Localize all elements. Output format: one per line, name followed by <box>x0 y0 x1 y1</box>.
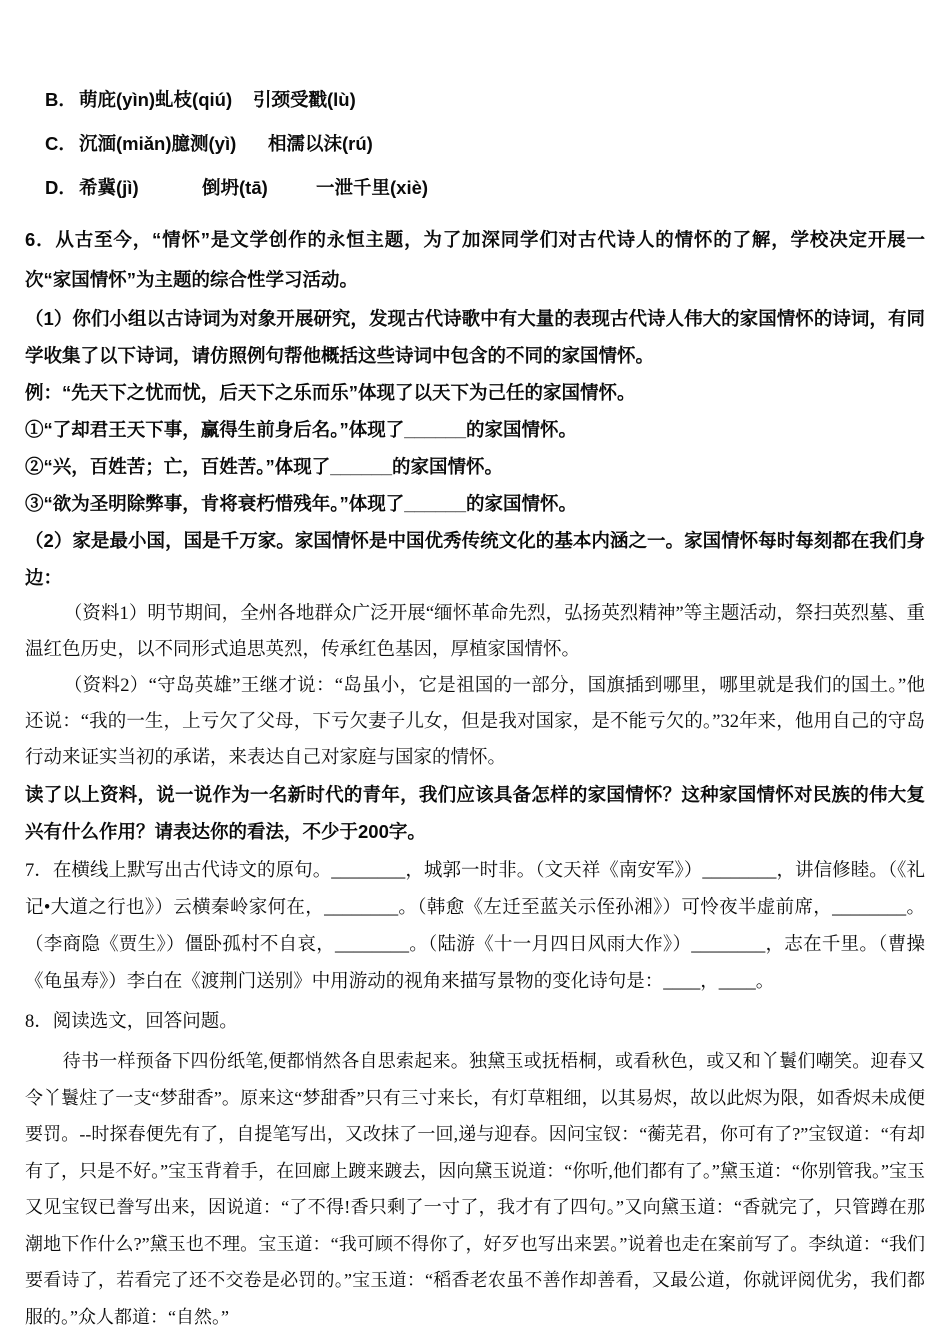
option-item: 沉湎(miǎn)臆测(yì) <box>79 132 268 156</box>
option-item: 萌庇(yìn)虬枝(qiú) <box>79 88 253 112</box>
question-6-example: 例：“先天下之忧而忧，后天下之乐而乐”体现了以天下为己任的家国情怀。 <box>25 374 925 411</box>
question-6-part2: （2）家是最小国，国是千万家。家国情怀是中国优秀传统文化的基本内涵之一。家国情怀… <box>25 522 925 596</box>
question-8-intro: 8．阅读选文，回答问题。 <box>25 1004 925 1041</box>
option-d-label: D． <box>45 176 79 200</box>
exam-page: B． 萌庇(yìn)虬枝(qiú) 引颈受戳(lù) C． 沉湎(miǎn)臆测… <box>0 0 950 1344</box>
option-c-label: C． <box>45 132 79 156</box>
option-d: D． 希冀(jì) 倒坍(tā) 一泄千里(xiè) <box>45 176 925 200</box>
question-6-material-2: （资料2）“守岛英雄”王继才说：“岛虽小，它是祖国的一部分，国旗插到哪里，哪里就… <box>25 668 925 776</box>
question-6-item-1: ①“了却君王天下事，赢得生前身后名。”体现了______的家国情怀。 <box>25 411 925 448</box>
option-item: 引颈受戳(lù) <box>253 88 356 112</box>
option-item: 相濡以沫(rú) <box>268 132 373 156</box>
option-item: 希冀(jì) <box>79 176 202 200</box>
question-6-task: 读了以上资料，说一说作为一名新时代的青年，我们应该具备怎样的家国情怀？这种家国情… <box>25 776 925 850</box>
question-6-intro: 6．从古至今，“情怀”是文学创作的永恒主题，为了加深同学们对古代诗人的情怀的了解… <box>25 220 925 300</box>
question-6-item-2: ②“兴，百姓苦；亡，百姓苦。”体现了______的家国情怀。 <box>25 448 925 485</box>
question-8-passage: 待书一样预备下四份纸笔,便都悄然各自思索起来。独黛玉或抚梧桐，或看秋色，或又和丫… <box>25 1043 925 1335</box>
option-item: 一泄千里(xiè) <box>316 176 428 200</box>
question-7: 7．在横线上默写出古代诗文的原句。________，城郭一时非。（文天祥《南安军… <box>25 853 925 1001</box>
option-item: 倒坍(tā) <box>202 176 316 200</box>
option-c: C． 沉湎(miǎn)臆测(yì) 相濡以沫(rú) <box>45 132 925 156</box>
option-b: B． 萌庇(yìn)虬枝(qiú) 引颈受戳(lù) <box>45 88 925 112</box>
question-6-part1: （1）你们小组以古诗词为对象开展研究，发现古代诗歌中有大量的表现古代诗人伟大的家… <box>25 300 925 374</box>
question-6-material-1: （资料1）明节期间，全州各地群众广泛开展“缅怀革命先烈，弘扬英烈精神”等主题活动… <box>25 596 925 668</box>
question-6-item-3: ③“欲为圣明除弊事，肯将衰朽惜残年。”体现了______的家国情怀。 <box>25 485 925 522</box>
option-b-label: B． <box>45 88 79 112</box>
option-list: B． 萌庇(yìn)虬枝(qiú) 引颈受戳(lù) C． 沉湎(miǎn)臆测… <box>25 88 925 200</box>
